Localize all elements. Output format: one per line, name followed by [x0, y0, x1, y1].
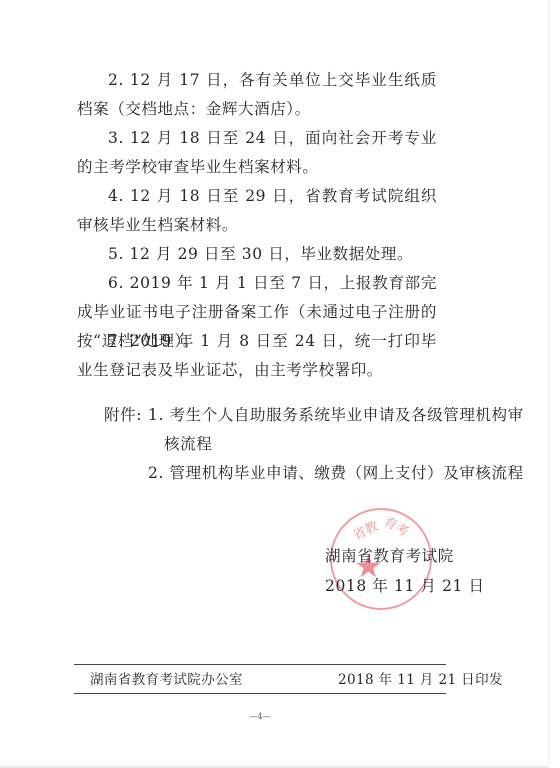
page-number: —4— [0, 712, 520, 721]
item-2: 2. 12 月 17 日，各有关单位上交毕业生纸质档案（交档地点：金辉大酒店）。 [77, 66, 437, 124]
signature-date: 2018 年 11 月 21 日 [325, 572, 485, 601]
attachment-2: 2. 管理机构毕业申请、缴费（网上支付）及审核流程 [148, 459, 524, 488]
footer-issue-date: 2018 年 11 月 21 日印发 [338, 668, 503, 688]
item-4: 4. 12 月 18 日至 29 日，省教育考试院组织审核毕业生档案材料。 [77, 182, 437, 240]
item-5: 5. 12 月 29 日至 30 日，毕业数据处理。 [77, 240, 437, 269]
footer-bottom-rule [74, 693, 446, 694]
item-7: 7. 2019 年 1 月 8 日至 24 日，统一打印毕业生登记表及毕业证芯，… [77, 327, 437, 385]
footer-issuer: 湖南省教育考试院办公室 [90, 668, 243, 688]
attachment-1-line1: 1. 考生个人自助服务系统毕业申请及各级管理机构审 [148, 401, 524, 430]
attachments-label: 附件: [104, 401, 142, 430]
attachment-1-line2: 核流程 [164, 430, 212, 459]
signature-organization: 湖南省教育考试院 [325, 542, 454, 571]
footer-top-rule [74, 664, 446, 665]
item-3: 3. 12 月 18 日至 24 日，面向社会开考专业的主考学校审查毕业生档案材… [77, 124, 437, 182]
document-page: 2. 12 月 17 日，各有关单位上交毕业生纸质档案（交档地点：金辉大酒店）。… [0, 0, 549, 768]
